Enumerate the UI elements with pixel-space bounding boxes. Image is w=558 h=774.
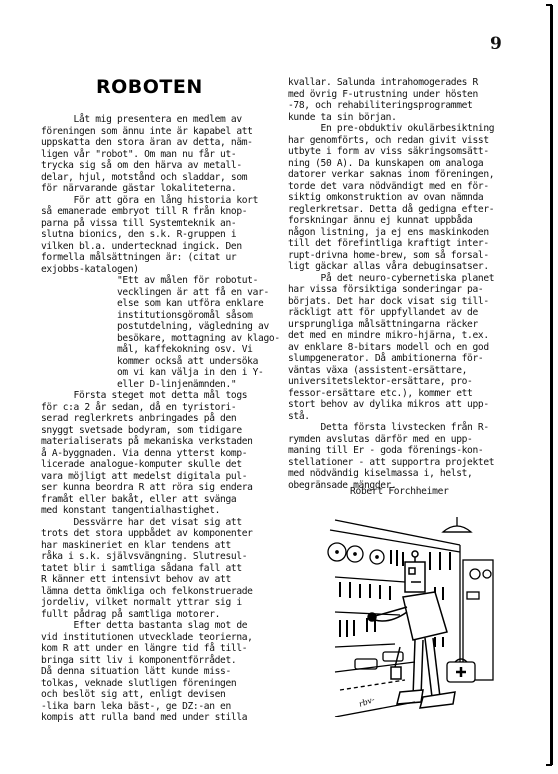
- text-line: else som kan utföra enklare: [41, 298, 280, 310]
- robot-illustration: rbv-: [295, 512, 525, 717]
- text-line: till det förefintliga kraftigt inter-: [288, 238, 494, 250]
- text-line: någon listning, ja ej ens maskinkoden: [288, 227, 494, 239]
- text-line: har genomförts, och redan givit visst: [288, 135, 494, 147]
- text-line: trots det stora uppbådet av komponenter: [41, 528, 280, 540]
- text-line: institutionsgöromål såsom: [41, 310, 280, 322]
- text-line: har maskineriet en klar tendens att: [41, 540, 280, 552]
- robot-figure: [368, 551, 455, 708]
- text-line: och beslöt sig att, enligt devisen: [41, 689, 280, 701]
- text-line: datorer verkar saknas inom föreningen,: [288, 169, 494, 181]
- text-line: Då denna situation lätt kunde miss-: [41, 666, 280, 678]
- article-title: ROBOTEN: [96, 76, 203, 98]
- text-line: med konstant tangentialhastighet.: [41, 505, 280, 517]
- text-line: föreningen som ännu inte är kapabel att: [41, 126, 280, 138]
- text-line: vilken bl.a. undertecknad ingick. Den: [41, 241, 280, 253]
- text-line: väntas växa (assistent-ersättare,: [288, 365, 494, 377]
- text-line: "Ett av målen för robotut-: [41, 275, 280, 287]
- text-line: exjobbs-katalogen): [41, 264, 280, 276]
- text-line: postutdelning, vägledning av: [41, 321, 280, 333]
- text-line: En pre-obduktiv okulärbesiktning: [288, 123, 494, 135]
- text-line: framåt eller bakåt, eller att svänga: [41, 494, 280, 506]
- text-line: På det neuro-cybernetiska planet: [288, 273, 494, 285]
- text-line: torde det vara nödvändigt med en för-: [288, 181, 494, 193]
- text-line: R känner ett intensivt behov av att: [41, 574, 280, 586]
- text-line: parna på vissa till Systemteknik an-: [41, 218, 280, 230]
- text-line: det med en mindre mikro-hjärna, t.ex.: [288, 330, 494, 342]
- right-column: kvallar. Salunda intrahomogerades Rmed ö…: [288, 77, 494, 491]
- text-line: börjats. Det har dock visat sig till-: [288, 296, 494, 308]
- text-line: ning (50 A). Da kunskapen om analoga: [288, 158, 494, 170]
- text-line: Låt mig presentera en medlem av: [41, 114, 280, 126]
- text-line: stort behov av dylika mikros att upp-: [288, 399, 494, 411]
- text-line: -78, och rehabiliteringsprogrammet: [288, 100, 494, 112]
- text-line: ser kunna beordra R att röra sig endera: [41, 482, 280, 494]
- text-line: besökare, mottagning av klago-: [41, 333, 280, 345]
- text-line: ursprungliga målsättningarna räcker: [288, 319, 494, 331]
- text-line: licerade analogue-komputer skulle det: [41, 459, 280, 471]
- text-line: ligen vår "robot". Om man nu får ut-: [41, 149, 280, 161]
- text-line: för närvarande gästar lokaliteterna.: [41, 183, 280, 195]
- text-line: tolkas, veknade slutligen föreningen: [41, 678, 280, 690]
- text-line: råka i s.k. självsvängning. Slutresul-: [41, 551, 280, 563]
- text-line: För att göra en lång historia kort: [41, 195, 280, 207]
- ceiling-lamp-icon: [443, 517, 471, 532]
- page-edge-bottom: [546, 764, 552, 766]
- page-number: 9: [490, 34, 502, 54]
- text-line: kompis att rulla band med under stilla: [41, 712, 280, 724]
- text-line: formella målsättningen är: (citat ur: [41, 252, 280, 264]
- text-line: fessor-ersättare etc.), kommer ett: [288, 388, 494, 400]
- text-line: har vissa försiktiga sonderingar pa-: [288, 284, 494, 296]
- text-line: serad reglerkrets anbringades på den: [41, 413, 280, 425]
- text-line: trycka sig så om den härva av metall-: [41, 160, 280, 172]
- text-line: så emanerade embryot till R från knop-: [41, 206, 280, 218]
- text-line: reglerkretsar. Detta då gedigna efter-: [288, 204, 494, 216]
- text-line: kommer också att undersöka: [41, 356, 280, 368]
- text-line: utbyte i form av viss säkringsomsätt-: [288, 146, 494, 158]
- text-line: å A-byggnaden. Via denna ytterst komp-: [41, 448, 280, 460]
- text-line: uppskatta den stora äran av detta, näm-: [41, 137, 280, 149]
- text-line: siktig omkonstruktion av ovan nämnda: [288, 192, 494, 204]
- text-line: med övrig F-utrustning under hösten: [288, 89, 494, 101]
- text-line: vid institutionen utvecklade teorierna,: [41, 632, 280, 644]
- text-line: om vi kan välja in den i Y-: [41, 367, 280, 379]
- text-line: slumpgenerator. Då ambitionerna för-: [288, 353, 494, 365]
- text-line: stellationer - att supportra projektet: [288, 457, 494, 469]
- left-column: Låt mig presentera en medlem avföreninge…: [41, 114, 280, 724]
- svg-text:rbv-: rbv-: [358, 695, 377, 709]
- text-line: Första steget mot detta mål togs: [41, 390, 280, 402]
- text-line: delar, hjul, motstånd och sladdar, som: [41, 172, 280, 184]
- text-line: Dessvärre har det visat sig att: [41, 517, 280, 529]
- text-line: kunde ta sin början.: [288, 112, 494, 124]
- text-line: räckligt att för uppfyllandet av de: [288, 307, 494, 319]
- text-line: Efter detta bastanta slag mot de: [41, 620, 280, 632]
- text-line: universitetslektor-ersättare, pro-: [288, 376, 494, 388]
- text-line: för c:a 2 år sedan, då en tyristori-: [41, 402, 280, 414]
- text-line: rupt-drivna home-brew, som så forsal-: [288, 250, 494, 262]
- text-line: snyggt svetsade bodyram, som tidigare: [41, 425, 280, 437]
- dial-icon: [328, 543, 384, 564]
- author-signature: Robert Forchheimer: [350, 486, 449, 497]
- text-line: med nödvändig kiselmassa i, helst,: [288, 468, 494, 480]
- text-line: rymden avslutas därför med en upp-: [288, 434, 494, 446]
- text-line: maning till Er - goda förenings-kon-: [288, 445, 494, 457]
- text-line: -lika barn leka bäst-, ge DZ:-an en: [41, 701, 280, 713]
- text-line: slutna bionics, den s.k. R-gruppen i: [41, 229, 280, 241]
- text-line: fullt pådrag på samtliga motorer.: [41, 609, 280, 621]
- text-line: jordeliv, vilket normalt yttrar sig i: [41, 597, 280, 609]
- text-line: tatet blir i samtliga sådana fall att: [41, 563, 280, 575]
- text-line: av enklare 8-bitars modell och en god: [288, 342, 494, 354]
- text-line: eller D-linjenämnden.": [41, 379, 280, 391]
- first-aid-kit-icon: [447, 659, 475, 682]
- text-line: kvallar. Salunda intrahomogerades R: [288, 77, 494, 89]
- text-line: stå.: [288, 411, 494, 423]
- text-line: vara möjligt att medelst digitala pul-: [41, 471, 280, 483]
- text-line: mål, kaffekokning osv. Vi: [41, 344, 280, 356]
- text-line: Detta första livstecken från R-: [288, 422, 494, 434]
- text-line: vecklingen är att få en var-: [41, 287, 280, 299]
- text-line: bringa sitt liv i komponentförrådet.: [41, 655, 280, 667]
- text-line: lämna detta ömkliga och felkonstruerade: [41, 586, 280, 598]
- text-line: ligt gäckar allas våra debuginsatser.: [288, 261, 494, 273]
- text-line: forskningar ännu ej kunnat uppbåda: [288, 215, 494, 227]
- text-line: kom R att under en längre tid få till-: [41, 643, 280, 655]
- text-line: materialiserats på mekaniska verkstaden: [41, 436, 280, 448]
- page-edge-binding: [550, 5, 553, 765]
